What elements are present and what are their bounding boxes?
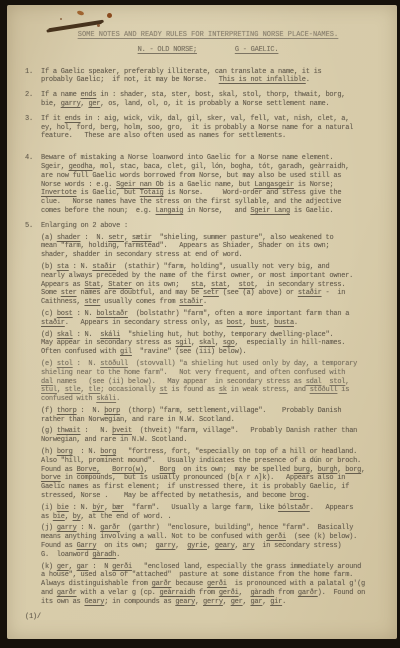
- paragraph: (d) skal : N. skáli "shieling hut, hut b…: [41, 331, 391, 357]
- text-run: ,: [203, 281, 211, 289]
- item-number: 2.: [25, 91, 41, 109]
- underlined-run: borve: [41, 474, 61, 482]
- text-run: in weak stress, and: [227, 386, 310, 394]
- text-run: in Norse, and: [183, 207, 250, 215]
- underlined-run: gerði: [266, 533, 286, 541]
- underlined-run: bie: [57, 504, 69, 512]
- underlined-run: bolstaðr: [96, 310, 128, 318]
- item-number: 3.: [25, 115, 41, 141]
- underlined-run: burgh: [318, 466, 338, 474]
- text-run: (j): [41, 524, 57, 532]
- paragraph: Beware of mistaking a Norse loanword int…: [41, 154, 391, 216]
- list-item: 4.Beware of mistaking a Norse loanword i…: [25, 154, 391, 216]
- underlined-run: Borg: [160, 466, 176, 474]
- underlined-run: Invertote: [41, 189, 77, 197]
- underlined-run: ster: [61, 289, 77, 297]
- rust-speck: [97, 24, 100, 27]
- paragraph: (c) bost : N. bolstaðr (bolstathr) "farm…: [41, 310, 391, 328]
- text-run: ,: [235, 542, 243, 550]
- underlined-run: garðr: [57, 589, 77, 597]
- underlined-run: geary: [215, 542, 235, 550]
- underlined-run: gerry: [203, 598, 223, 606]
- text-run: "ravine" (see (iii) below).: [132, 348, 247, 356]
- underlined-run: staðir: [92, 263, 116, 271]
- list-item: 1.If a Gaelic speaker, preferably illite…: [25, 68, 391, 86]
- underlined-run: gàradh: [92, 551, 116, 559]
- page-number: (1)/: [25, 613, 391, 622]
- text-run: ,: [345, 378, 349, 386]
- text-run: ,: [227, 281, 239, 289]
- text-run: is a Gaelic name, but: [164, 181, 255, 189]
- text-run: (d): [41, 331, 57, 339]
- underlined-run: stat: [211, 281, 227, 289]
- rust-speck: [107, 13, 112, 18]
- underlined-run: tle: [88, 386, 100, 394]
- list-item: 3.If it ends in : aig, wick, vik, dal, g…: [25, 115, 391, 141]
- underlined-run: sta: [57, 263, 69, 271]
- underlined-run: garry: [156, 542, 176, 550]
- underlined-run: bust: [250, 319, 266, 327]
- underlined-run: setr: [108, 234, 124, 242]
- underlined-run: borg: [345, 466, 361, 474]
- text-run: .: [282, 598, 286, 606]
- underlined-run: busta: [274, 319, 294, 327]
- text-run: , at the end of word. .: [81, 513, 172, 521]
- text-run: (i): [41, 504, 57, 512]
- underlined-run: sgil: [175, 339, 191, 347]
- text-run: is Gaelic, but: [77, 189, 140, 197]
- text-run: Enlarging on 2 above :: [41, 222, 128, 230]
- underlined-run: bólstaðr: [278, 504, 310, 512]
- text-run: names (see (ii) below). May appear in se…: [53, 378, 306, 386]
- paragraph: (a) shader : N. setr, sætir "shieling, s…: [41, 234, 391, 260]
- underlined-run: thorp: [57, 407, 77, 415]
- underlined-run: geàrraidh: [160, 589, 196, 597]
- text-run: .: [116, 551, 120, 559]
- text-run: ,: [69, 563, 77, 571]
- text-run: ,: [195, 598, 203, 606]
- text-run: (e): [41, 360, 57, 368]
- text-run: ,: [215, 339, 223, 347]
- text-run: ; in compounds as: [104, 598, 175, 606]
- text-run: ,: [361, 466, 365, 474]
- text-run: ,: [239, 589, 251, 597]
- text-run: If it: [41, 115, 65, 123]
- text-run: : N.: [73, 331, 101, 339]
- document-body: 1.If a Gaelic speaker, preferably illite…: [25, 68, 391, 607]
- underlined-run: Stater: [108, 281, 132, 289]
- text-run: : N.: [69, 263, 93, 271]
- underlined-run: thwait: [57, 427, 81, 435]
- underlined-run: staðir: [41, 319, 65, 327]
- text-run: : N.: [69, 504, 93, 512]
- item-body: If it ends in : aig, wick, vik, dal, gil…: [41, 115, 391, 141]
- text-run: on its own;: [132, 281, 191, 289]
- item-body: Beware of mistaking a Norse loanword int…: [41, 154, 391, 216]
- underlined-run: geodha: [69, 163, 93, 171]
- title-row: SOME NOTES AND READY RULES FOR INTERPRET…: [25, 31, 391, 40]
- paragraph: (h) borg : N. borg "fortress, fort, "esp…: [41, 448, 391, 501]
- underlined-run: stle: [65, 386, 81, 394]
- page-title: SOME NOTES AND READY RULES FOR INTERPRET…: [78, 31, 338, 39]
- paragraph: (f) thorp : N. þorp (thorp) "farm, settl…: [41, 407, 391, 425]
- underlined-run: gar: [250, 598, 262, 606]
- underlined-run: borg: [100, 448, 116, 456]
- text-run: .: [203, 298, 207, 306]
- paragraph: (g) thwait : N. þveit (thveit) "farm, vi…: [41, 427, 391, 445]
- underlined-run: staðir: [298, 289, 322, 297]
- underlined-run: garry: [57, 524, 77, 532]
- underlined-run: Stat: [84, 281, 100, 289]
- text-run: (c): [41, 310, 57, 318]
- underlined-run: ger: [57, 563, 69, 571]
- underlined-run: Totaig: [140, 189, 164, 197]
- underlined-run: garðr: [100, 524, 120, 532]
- item-number: 5.: [25, 222, 41, 607]
- text-run: (a): [41, 234, 57, 242]
- text-run: ,: [124, 234, 132, 242]
- underlined-run: shader: [57, 234, 81, 242]
- item-body: If a Gaelic speaker, preferably illitera…: [41, 68, 391, 86]
- text-run: : N.: [81, 427, 113, 435]
- underlined-run: gar: [77, 563, 89, 571]
- list-item: 2.If a name ends in : shader, sta, ster,…: [25, 91, 391, 109]
- text-run: "farm". Usually a large farm, like: [124, 504, 278, 512]
- paragraph: (j) garry : N. garðr (garthr) "enclosure…: [41, 524, 391, 559]
- underlined-run: þveit: [112, 427, 132, 435]
- underlined-run: skáli: [100, 331, 120, 339]
- underlined-run: býr: [92, 504, 104, 512]
- text-run: (g): [41, 427, 57, 435]
- underlined-run: staðir: [179, 298, 203, 306]
- underlined-run: stöðull: [100, 360, 128, 368]
- underlined-run: gàradh: [250, 589, 274, 597]
- text-run: .: [306, 76, 310, 84]
- underlined-run: skal: [199, 339, 215, 347]
- text-run: on its own;: [96, 542, 155, 550]
- underlined-run: stöðull: [310, 386, 338, 394]
- underlined-run: ends: [81, 91, 97, 99]
- underlined-run: geary: [175, 598, 195, 606]
- underlined-run: Sgeir Lang: [250, 207, 290, 215]
- underlined-run: garry: [61, 100, 81, 108]
- text-run: (h): [41, 448, 57, 456]
- text-run: : N.: [73, 360, 101, 368]
- text-run: ,: [191, 339, 199, 347]
- underlined-run: bie: [53, 513, 65, 521]
- underlined-run: stol: [329, 378, 345, 386]
- underlined-run: Borve,: [77, 466, 101, 474]
- underlined-run: ger: [231, 598, 243, 606]
- underlined-run: brog: [290, 492, 306, 500]
- paragraph: (e) stol : N. stöðull (stovvall) "a shie…: [41, 360, 391, 404]
- underlined-run: garðr: [298, 589, 318, 597]
- underlined-run: Langaig: [156, 207, 184, 215]
- underlined-run: Langasgeir: [254, 181, 294, 189]
- underlined-run: sk: [219, 386, 227, 394]
- text-run: ,: [100, 281, 108, 289]
- underlined-run: sdal: [306, 378, 322, 386]
- text-run: ,: [207, 542, 215, 550]
- text-run: is Norse;: [294, 181, 334, 189]
- text-run: (f): [41, 407, 57, 415]
- text-run: .: [306, 492, 310, 500]
- text-run: . Appears in secondary stress only, as: [65, 319, 227, 327]
- text-run: (bolstathr) "farm", often a more importa…: [128, 310, 349, 318]
- item-body: If a name ends in : shader, sta, ster, b…: [41, 91, 391, 109]
- underlined-run: Sgeir nan Ob: [116, 181, 163, 189]
- text-run: .: [294, 319, 298, 327]
- paragraph: Enlarging on 2 above :: [41, 222, 391, 231]
- underlined-run: dal: [41, 378, 53, 386]
- scanned-page-background: { "colors": { "paper": "#d5c9a7", "ink":…: [0, 0, 400, 648]
- text-run: [100, 466, 112, 474]
- underlined-run: sætir: [132, 234, 152, 242]
- underlined-run: ger: [88, 100, 100, 108]
- text-run: (see (a) above) or: [219, 289, 298, 297]
- underlined-run: Borro(w): [112, 466, 144, 474]
- subtitle-gaelic: G - GAELIC.: [235, 46, 278, 54]
- text-run: from: [274, 589, 298, 597]
- underlined-run: gerði: [207, 580, 227, 588]
- paragraph: If it ends in : aig, wick, vik, dal, gil…: [41, 115, 391, 141]
- text-run: in : aig, wick, vik, dal, gil, sker, val…: [41, 115, 353, 141]
- text-run: from: [195, 589, 219, 597]
- underlined-run: þorp: [104, 407, 120, 415]
- item-number: 4.: [25, 154, 41, 216]
- text-run: : N.: [73, 310, 97, 318]
- list-item: 5.Enlarging on 2 above :(a) shader : N. …: [25, 222, 391, 607]
- underlined-run: skal: [57, 331, 73, 339]
- text-run: ,: [266, 319, 274, 327]
- paper: SOME NOTES AND READY RULES FOR INTERPRET…: [7, 5, 397, 639]
- underlined-run: setr: [203, 289, 219, 297]
- underlined-run: Garry: [77, 542, 97, 550]
- text-run: .: [116, 395, 120, 403]
- text-run: is Gaelic.: [290, 207, 333, 215]
- item-number: 1.: [25, 68, 41, 86]
- rust-speck: [60, 18, 62, 20]
- paragraph: (i) bie : N. býr, bær "farm". Usually a …: [41, 504, 391, 522]
- text-run: : N.: [77, 524, 101, 532]
- text-run: usually comes from: [100, 298, 179, 306]
- underlined-run: stot: [239, 281, 255, 289]
- underlined-run: gerði: [112, 563, 132, 571]
- text-run: because: [171, 580, 207, 588]
- underlined-run: sta: [191, 281, 203, 289]
- text-run: ,: [57, 386, 65, 394]
- text-run: ,: [144, 466, 160, 474]
- underlined-run: ster: [84, 298, 100, 306]
- underlined-run: skáli: [96, 395, 116, 403]
- underlined-run: ends: [65, 115, 81, 123]
- underlined-run: burg: [294, 466, 310, 474]
- subtitle-norse: N. - OLD NORSE;: [138, 46, 197, 54]
- text-run: is found as: [167, 386, 218, 394]
- underlined-run: bost: [57, 310, 73, 318]
- text-run: If a name: [41, 91, 81, 99]
- underlined-run: sgo: [223, 339, 235, 347]
- underlined-run: bær: [112, 504, 124, 512]
- underlined-run: gerði: [219, 589, 239, 597]
- paragraph: If a Gaelic speaker, preferably illitera…: [41, 68, 391, 86]
- text-run: : N.: [73, 448, 101, 456]
- underlined-run: stol: [57, 360, 73, 368]
- underlined-run: stul: [41, 386, 57, 394]
- text-run: : N: [88, 563, 112, 571]
- text-run: ,: [104, 504, 112, 512]
- text-run: : N.: [77, 407, 105, 415]
- text-run: : N.: [81, 234, 109, 242]
- paragraph: (k) ger, gar : N gerði "enclosed land, e…: [41, 563, 391, 607]
- underlined-run: Geary: [84, 598, 104, 606]
- text-run: ,: [175, 542, 187, 550]
- text-run: ; occasionally: [100, 386, 159, 394]
- paragraph: (b) sta : N. staðir (stathir) "farm, hol…: [41, 263, 391, 307]
- text-run: (b): [41, 263, 57, 271]
- underlined-run: garðr: [152, 580, 172, 588]
- underlined-run: This is not infallible: [219, 76, 306, 84]
- text-run: with a velar g (cp.: [77, 589, 160, 597]
- text-run: ,: [223, 598, 231, 606]
- text-run: ,: [310, 466, 318, 474]
- underlined-run: borg: [57, 448, 73, 456]
- underlined-run: gyrie: [187, 542, 207, 550]
- paragraph: If a name ends in : shader, sta, ster, b…: [41, 91, 391, 109]
- underlined-run: gil: [120, 348, 132, 356]
- underlined-run: gir: [270, 598, 282, 606]
- text-run: ,: [65, 513, 73, 521]
- item-body: Enlarging on 2 above :(a) shader : N. se…: [41, 222, 391, 607]
- underlined-run: ary: [243, 542, 255, 550]
- text-run: , os, land, ol, o, it is probably a Nors…: [100, 100, 329, 108]
- underlined-run: bost: [227, 319, 243, 327]
- text-run: on its own; may be spelled: [175, 466, 294, 474]
- subtitle-row: N. - OLD NORSE; G - GAELIC.: [25, 46, 391, 55]
- text-run: names are doubtful, and may be: [77, 289, 203, 297]
- underlined-run: by: [73, 513, 81, 521]
- text-run: (k): [41, 563, 57, 571]
